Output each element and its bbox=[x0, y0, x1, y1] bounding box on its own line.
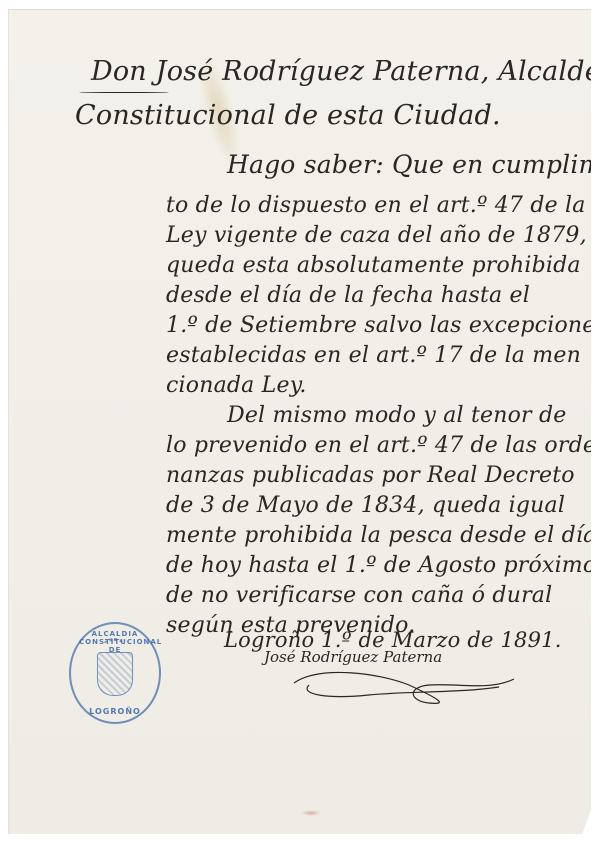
paragraph-2-line-7: de no verificarse con caña ó dural bbox=[166, 583, 552, 608]
stamp-bottom-text: LOGROÑO bbox=[81, 707, 149, 716]
paper-sheet: Don José Rodríguez Paterna, Alcalde Cons… bbox=[8, 9, 591, 834]
paragraph-2-line-2: lo prevenido en el art.º 47 de las orde bbox=[166, 433, 596, 458]
paragraph-1-line-6: 1.º de Setiembre salvo las excepciones bbox=[166, 313, 607, 338]
signature-flourish bbox=[289, 665, 519, 707]
paragraph-1-line-5: desde el día de la fecha hasta el bbox=[166, 283, 530, 308]
paragraph-1-line-1: Hago saber: Que en cumplimien bbox=[227, 150, 607, 179]
ink-fleck bbox=[301, 810, 321, 816]
signature: José Rodríguez Paterna bbox=[264, 648, 442, 666]
municipal-seal-stamp: ALCALDIA CONSTITUCIONAL DE LOGROÑO bbox=[69, 622, 161, 724]
paragraph-2-line-4: de 3 de Mayo de 1834, queda igual bbox=[166, 493, 565, 518]
paragraph-1-line-4: queda esta absolutamente prohibida bbox=[166, 253, 581, 278]
paragraph-1-line-8: cionada Ley. bbox=[166, 373, 307, 398]
heading-flourish bbox=[79, 92, 169, 93]
paragraph-1-line-3: Ley vigente de caza del año de 1879, bbox=[166, 223, 587, 248]
paragraph-2-line-1: Del mismo modo y al tenor de bbox=[227, 403, 566, 428]
heading-line-2: Constitucional de esta Ciudad. bbox=[75, 100, 501, 131]
paragraph-1-line-7: establecidas en el art.º 17 de la men bbox=[166, 343, 581, 368]
paragraph-2-line-5: mente prohibida la pesca desde el día bbox=[166, 523, 596, 548]
heading-line-1: Don José Rodríguez Paterna, Alcalde bbox=[91, 56, 601, 87]
scanned-document-view: Don José Rodríguez Paterna, Alcalde Cons… bbox=[0, 0, 607, 850]
crown-icon bbox=[103, 638, 125, 653]
paragraph-2-line-3: nanzas publicadas por Real Decreto bbox=[166, 463, 575, 488]
paragraph-1-line-2: to de lo dispuesto en el art.º 47 de la bbox=[166, 193, 586, 218]
paragraph-2-line-6: de hoy hasta el 1.º de Agosto próximo bbox=[166, 553, 596, 578]
coat-of-arms-shield-icon bbox=[97, 652, 133, 696]
